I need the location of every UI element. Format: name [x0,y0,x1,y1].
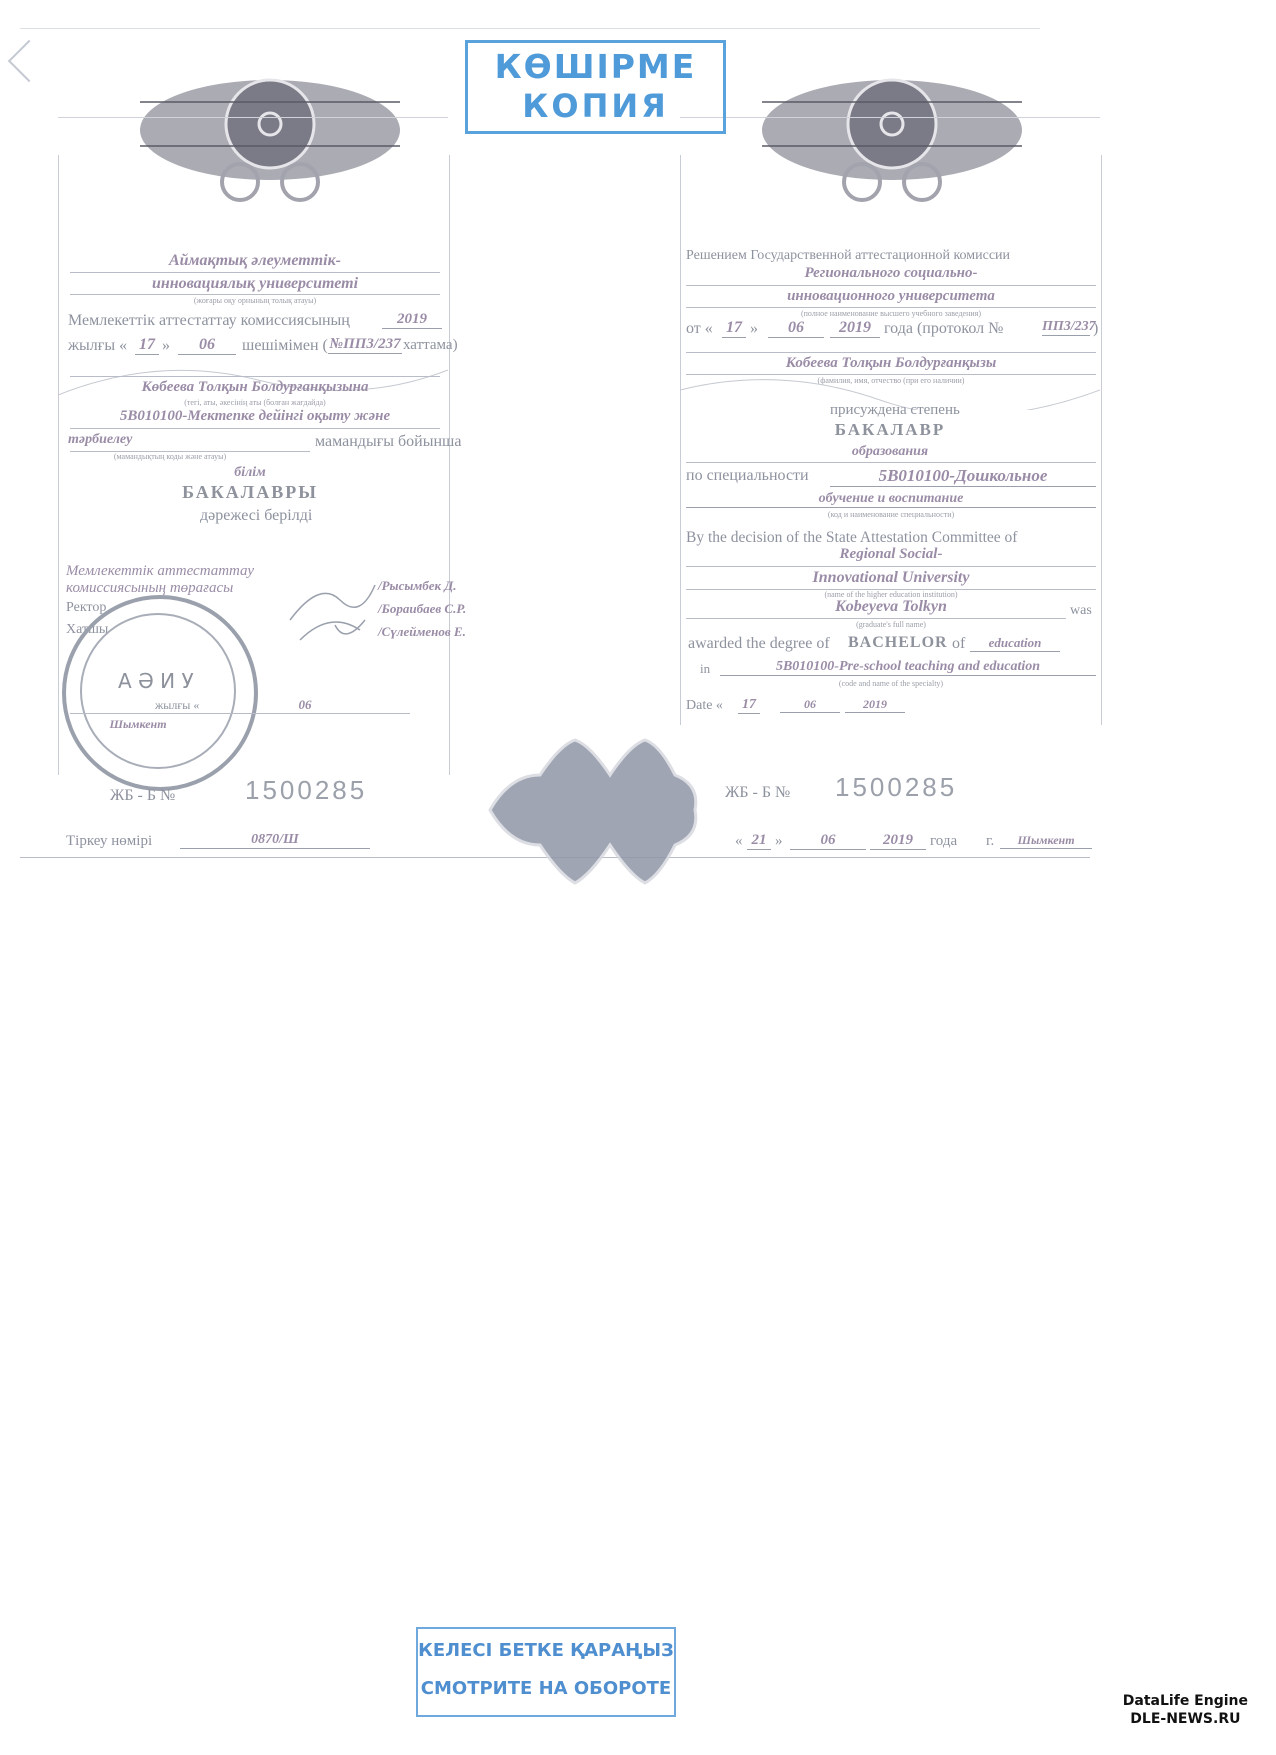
left-signature-3: /Сүлейменов Е. [378,624,466,640]
left-rule [70,428,440,429]
left-reg-label: Тіркеу нөмірі [66,833,152,850]
see-reverse-russian: СМОТРИТЕ НА ОБОРОТЕ [418,1671,674,1707]
see-reverse-kazakh: КЕЛЕСІ БЕТКЕ ҚАРАҢЫЗ [418,1631,674,1671]
right-issue-open: « [735,833,743,850]
left-day: 17 [135,336,159,355]
right-day-suffix: » [750,320,758,338]
left-specialty-caption: (мамандықтың коды және атауы) [70,452,270,461]
watermark-line2: DLE-NEWS.RU [1123,1710,1248,1728]
handwritten-signature-icon [280,570,380,650]
right-header-rule [680,117,1100,118]
watermark-line1: DataLife Engine [1123,1692,1248,1710]
en-degree: BACHELOR [848,634,948,652]
right-year-suffix: года (протокол № [884,320,1003,338]
right-serial-prefix: ЖБ - Б № [725,784,790,802]
state-emblem-right-icon [742,62,1042,202]
left-city: Шымкент [98,717,178,732]
left-year-prefix: жылғы « [68,337,127,355]
left-graduate-name: Көбеева Толқын Болдурғанқызына [70,379,440,396]
en-in: in [700,661,710,677]
left-degree-awarded: дәрежесі берілді [200,507,312,525]
left-month: 06 [178,336,236,355]
en-date-year: 2019 [845,697,905,713]
right-city: Шымкент [1000,833,1092,849]
copy-stamp-kazakh: КӨШІРМЕ [468,47,723,87]
top-border-line [20,28,1040,29]
right-specialty-caption: (код и наименование специальности) [686,510,1096,519]
right-day: 17 [722,319,746,338]
right-issue-month: 06 [790,832,866,850]
right-issue-year-suffix: года [930,833,957,850]
right-field: образования [790,444,990,460]
right-serial-number: 1500285 [835,772,957,803]
left-institution-line1: Аймақтық әлеуметтік- [70,252,440,270]
left-institution-caption: (жоғары оқу орнының толық атауы) [70,296,440,305]
right-month: 06 [768,319,824,338]
left-specialty-line1: 5В010100-Мектепке дейінгі оқыту және [70,408,440,425]
left-decision-text: шешімімен ( [242,337,328,355]
left-protocol-suffix: хаттама) [403,337,458,354]
left-chair-line2: комиссиясының төрағасы [66,580,233,597]
right-protocol-suffix: ) [1093,320,1098,338]
right-institution-line1: Регионального социально- [686,265,1096,282]
right-institution-line2: инновационного университета [686,288,1096,305]
left-serial-prefix: ЖБ - Б № [110,787,175,805]
en-graduate-name: Kobeyeva Tolkyn [686,598,1096,616]
central-ornament-icon [470,735,700,885]
en-date-month: 06 [780,697,840,713]
left-reg-number: 0870/Ш [180,832,370,849]
left-specialty-suffix: мамандығы бойынша [315,433,461,451]
en-decision-text: By the decision of the State Attestation… [686,529,1017,547]
right-rule [686,285,1096,286]
right-rule [686,462,1096,463]
left-field: білім [200,465,300,481]
right-date-prefix: от « [686,320,713,338]
right-decision-text: Решением Государственной аттестационной … [686,248,1010,264]
copy-stamp: КӨШІРМЕ КОПИЯ [465,40,726,134]
left-chair-line1: Мемлекеттік аттестаттау [66,563,254,580]
left-rule [70,713,410,714]
en-institution-line2: Innovational University [686,569,1096,587]
right-specialty-line1: 5В010100-Дошкольное [830,466,1096,487]
right-year: 2019 [830,319,880,338]
en-date-day: 17 [738,697,760,714]
left-day-suffix: » [162,337,170,355]
left-serial-number: 1500285 [245,775,367,806]
right-issue-day: 21 [747,832,771,850]
left-year: 2019 [382,311,442,329]
right-institution-caption: (полное наименование высшего учебного за… [686,309,1096,318]
right-rule [686,352,1096,353]
en-was: was [1070,603,1092,619]
corner-ornament-icon [8,40,50,82]
right-issue-year: 2019 [870,832,926,850]
site-watermark: DataLife Engine DLE-NEWS.RU [1123,1692,1248,1728]
left-specialty-line2: тәрбиелеу [68,432,158,448]
left-degree: БАКАЛАВРЫ [150,482,350,503]
left-rule [70,272,440,273]
left-header-rule [58,117,448,118]
right-rule [686,618,1066,619]
left-signature-2: /Бораибаев С.Р. [378,601,466,617]
left-protocol: №ПП3/237 [328,336,402,354]
en-specialty-caption: (code and name of the specialty) [686,679,1096,688]
left-signature-1: /Рысымбек Д. [378,578,457,594]
right-city-prefix: г. [986,833,994,850]
see-reverse-stamp: КЕЛЕСІ БЕТКЕ ҚАРАҢЫЗ СМОТРИТЕ НА ОБОРОТЕ [416,1627,676,1717]
left-rule [70,376,440,377]
right-awarded-text: присуждена степень [830,402,960,419]
en-date-label: Date « [686,698,723,714]
en-name-caption: (graduate's full name) [686,620,1096,629]
left-date-year-label: жылғы « [155,698,199,713]
en-institution-line1: Regional Social- [686,546,1096,563]
seal-monogram: А Ә И У [118,669,194,693]
right-rule [686,307,1096,308]
right-rule [686,566,1096,567]
right-specialty-label: по специальности [686,467,809,485]
en-field: education [970,635,1060,652]
en-awarded-text: awarded the degree of [688,635,830,653]
left-institution-line2: инновациялық университеті [70,275,440,293]
state-emblem-left-icon [120,62,420,202]
left-rule [70,294,440,295]
copy-stamp-russian: КОПИЯ [468,87,723,125]
right-degree: БАКАЛАВР [790,420,990,440]
left-name-caption: (тегі, аты, әкесінің аты (болған жағдайд… [70,398,440,407]
left-commission-text: Мемлекеттік аттестаттау комиссиясының [68,312,350,330]
en-of: of [952,635,965,653]
en-specialty: 5B010100-Pre-school teaching and educati… [720,659,1096,676]
right-protocol: ПП3/237 [1042,319,1090,336]
university-seal-icon: А Ә И У [62,595,258,791]
right-specialty-line2: обучение и воспитание [686,491,1096,508]
left-date-month: 06 [290,697,320,713]
right-issue-close: » [775,833,783,850]
